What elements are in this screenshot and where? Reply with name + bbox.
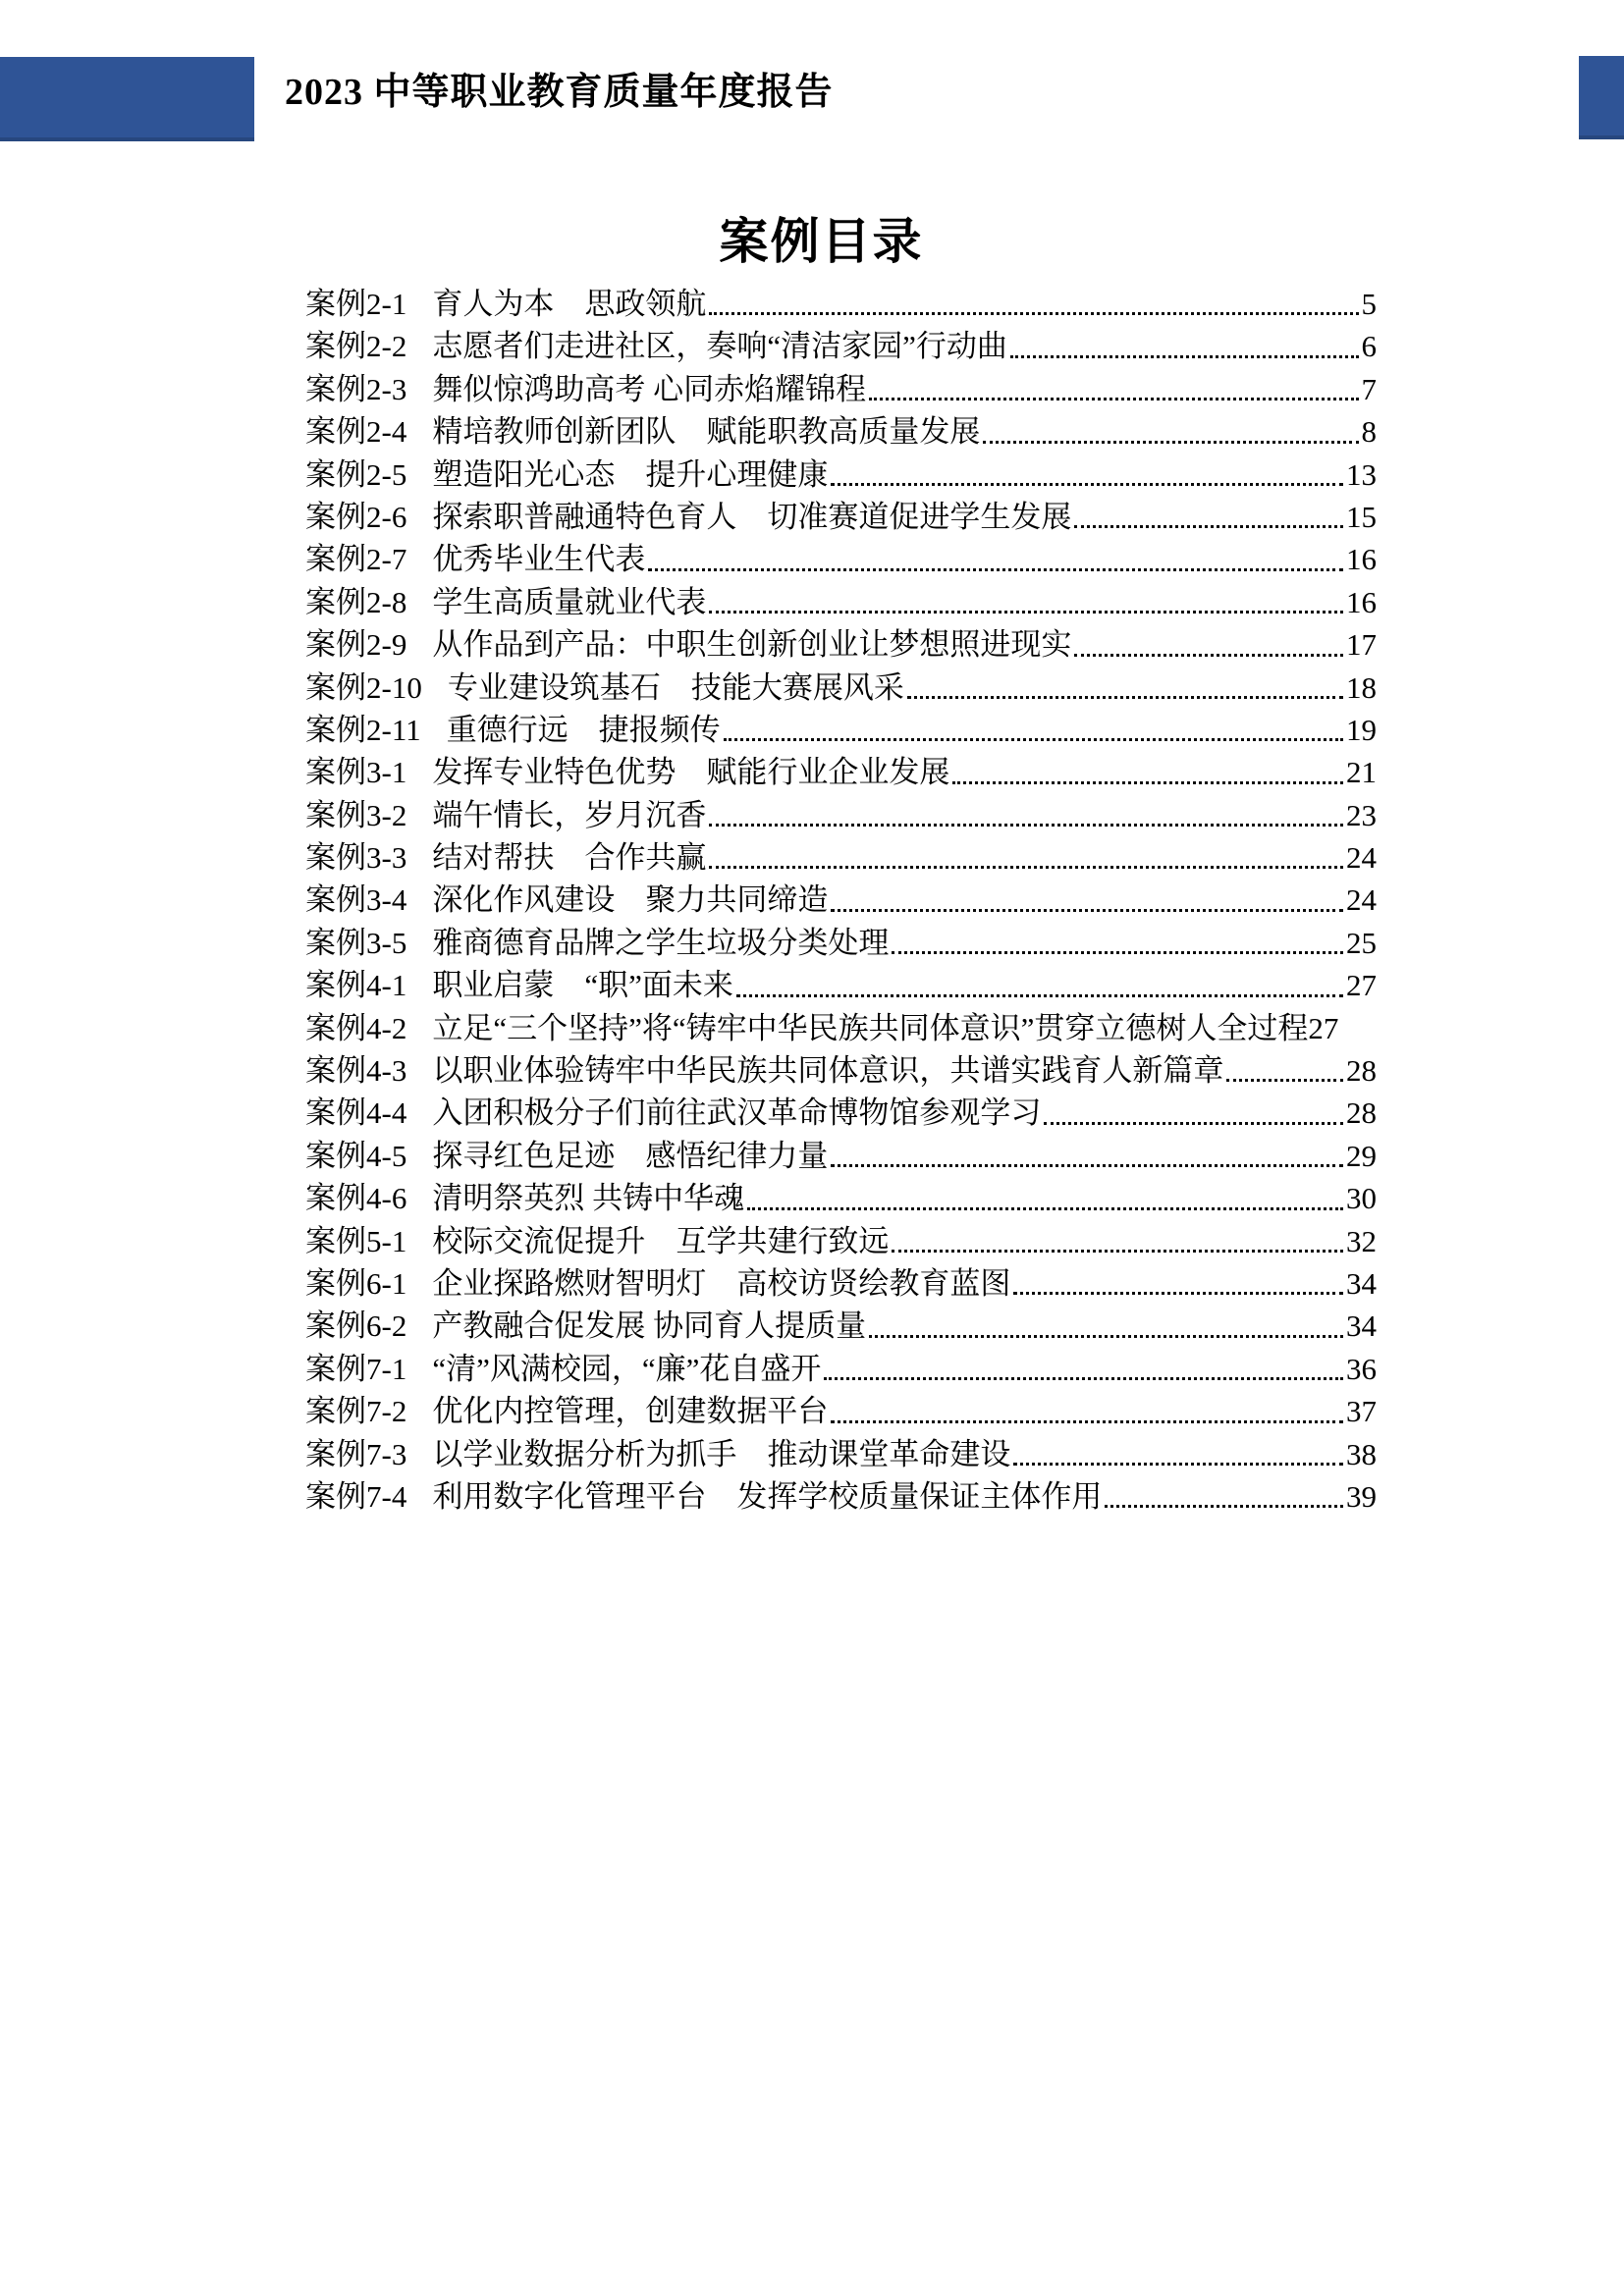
toc-leader-dots [1013,1463,1343,1466]
toc-entry-label: 案例3-4 [305,879,406,921]
toc-entry-title: 职业启蒙 “职”面未来 [432,964,733,1006]
toc-entry-title: 以学业数据分析为抓手 推动课堂革命建设 [432,1433,1010,1475]
toc-entry-label: 案例2-9 [305,623,406,666]
toc-leader-dots [1226,1079,1343,1082]
toc-entry-title: 雅商德育品牌之学生垃圾分类处理 [432,922,889,964]
toc-entry-title: 发挥专业特色优势 赋能行业企业发展 [432,751,949,793]
toc-entry-label: 案例4-3 [305,1049,406,1092]
toc-entry-label: 案例2-8 [305,581,406,623]
toc-entry-label: 案例6-2 [305,1305,406,1347]
toc-leader-dots [831,909,1343,912]
toc-entry-page: 24 [1346,879,1377,921]
toc-entry-title: 校际交流促提升 互学共建行致远 [432,1220,889,1262]
toc-entry-page: 19 [1346,709,1377,751]
toc-leader-dots [983,441,1358,444]
toc-entry-page: 18 [1346,667,1377,709]
toc-entry-title: 塑造阳光心态 提升心理健康 [432,454,828,496]
toc-leader-dots [709,611,1343,614]
toc-leader-dots [1105,1505,1343,1508]
toc-entry[interactable]: 案例2-2 志愿者们走进社区，奏响“清洁家园”行动曲 6 [305,325,1377,367]
toc-entry-title: 学生高质量就业代表 [432,581,706,623]
toc-leader-dots [869,1335,1343,1338]
toc-leader-dots [648,568,1343,571]
toc-entry-page: 21 [1346,751,1377,793]
toc-leader-dots [831,1164,1343,1167]
toc-title: 案例目录 [305,202,1337,273]
toc-list: 案例2-1 育人为本 思政领航 5 案例2-2 志愿者们走进社区，奏响“清洁家园… [305,283,1377,1518]
toc-entry-label: 案例2-3 [305,368,406,410]
toc-entry-page: 34 [1346,1305,1377,1347]
toc-entry-page: 39 [1346,1475,1377,1518]
toc-entry[interactable]: 案例2-6 探索职普融通特色育人 切准赛道促进学生发展 15 [305,496,1377,538]
toc-entry-label: 案例2-7 [305,538,406,580]
toc-leader-dots [892,951,1343,954]
toc-entry-page: 7 [1362,368,1378,410]
toc-entry-label: 案例6-1 [305,1262,406,1305]
toc-entry-title: 探索职普融通特色育人 切准赛道促进学生发展 [432,496,1071,538]
toc-leader-dots [892,1250,1343,1253]
toc-leader-dots [1074,525,1343,528]
header-accent-bar-left [0,57,254,141]
toc-entry[interactable]: 案例2-5 塑造阳光心态 提升心理健康 13 [305,454,1377,496]
toc-entry-page: 38 [1346,1433,1377,1475]
toc-entry-page: 13 [1346,454,1377,496]
toc-entry-label: 案例7-4 [305,1475,406,1518]
toc-entry-label: 案例3-1 [305,751,406,793]
report-header-title: 2023 中等职业教育质量年度报告 [285,61,834,115]
toc-entry-label: 案例3-5 [305,922,406,964]
toc-entry-title: 专业建设筑基石 技能大赛展风采 [448,667,904,709]
toc-entry-page: 15 [1346,496,1377,538]
toc-entry-page: 25 [1346,922,1377,964]
toc-entry-page: 17 [1346,623,1377,666]
toc-entry-title: 优秀毕业生代表 [432,538,645,580]
toc-entry-title: 利用数字化管理平台 发挥学校质量保证主体作用 [432,1475,1102,1518]
toc-leader-dots [709,824,1343,827]
toc-entry-title: 优化内控管理，创建数据平台 [432,1390,828,1432]
toc-entry-label: 案例2-4 [305,410,406,453]
toc-entry-label: 案例4-5 [305,1135,406,1177]
toc-entry[interactable]: 案例2-4 精培教师创新团队 赋能职教高质量发展 8 [305,410,1377,453]
toc-entry-title: 精培教师创新团队 赋能职教高质量发展 [432,410,980,453]
toc-entry-label: 案例3-3 [305,836,406,879]
toc-entry-page: 28 [1346,1092,1377,1134]
toc-entry-label: 案例2-1 [305,283,406,325]
toc-entry[interactable]: 案例3-2 端午情长，岁月沉香 23 [305,794,1377,836]
toc-entry-page: 30 [1346,1177,1377,1219]
toc-entry[interactable]: 案例3-3 结对帮扶 合作共赢 24 [305,836,1377,879]
toc-entry-page: 16 [1346,581,1377,623]
toc-entry[interactable]: 案例4-3 以职业体验铸牢中华民族共同体意识，共谱实践育人新篇章 28 [305,1049,1377,1092]
toc-leader-dots [1074,654,1343,657]
toc-leader-dots [952,781,1343,784]
toc-entry-title: 从作品到产品：中职生创新创业让梦想照进现实 [432,623,1071,666]
toc-entry-label: 案例7-2 [305,1390,406,1432]
toc-entry-title: 舞似惊鸿助高考 心同赤焰耀锦程 [432,368,866,410]
toc-entry-title: 入团积极分子们前往武汉革命博物馆参观学习 [432,1092,1041,1134]
toc-entry-label: 案例2-10 [305,667,422,709]
toc-entry-page: 27 [1308,1007,1338,1049]
toc-entry[interactable]: 案例2-9 从作品到产品：中职生创新创业让梦想照进现实 17 [305,623,1377,666]
toc-entry-title: 以职业体验铸牢中华民族共同体意识，共谱实践育人新篇章 [432,1049,1223,1092]
toc-entry[interactable]: 案例7-1 “清”风满校园，“廉”花自盛开 36 [305,1348,1377,1390]
toc-entry[interactable]: 案例2-1 育人为本 思政领航 5 [305,283,1377,325]
toc-entry-label: 案例3-2 [305,794,406,836]
toc-entry[interactable]: 案例4-1 职业启蒙 “职”面未来 27 [305,964,1377,1006]
toc-leader-dots [831,1420,1343,1423]
toc-entry-label: 案例2-11 [305,709,421,751]
toc-entry-page: 8 [1362,410,1378,453]
toc-entry[interactable]: 案例7-4 利用数字化管理平台 发挥学校质量保证主体作用 39 [305,1475,1377,1518]
toc-entry-title: 结对帮扶 合作共赢 [432,836,706,879]
toc-entry-title: “清”风满校园，“廉”花自盛开 [432,1348,821,1390]
toc-entry[interactable]: 案例2-8 学生高质量就业代表 16 [305,581,1377,623]
toc-leader-dots [1013,1292,1343,1295]
toc-entry[interactable]: 案例2-10 专业建设筑基石 技能大赛展风采 18 [305,667,1377,709]
toc-entry-title: 清明祭英烈 共铸中华魂 [432,1177,744,1219]
toc-entry[interactable]: 案例2-11 重德行远 捷报频传 19 [305,709,1377,751]
toc-entry-title: 重德行远 捷报频传 [447,709,721,751]
toc-entry[interactable]: 案例6-2 产教融合促发展 协同育人提质量 34 [305,1305,1377,1347]
toc-entry-label: 案例4-4 [305,1092,406,1134]
toc-leader-dots [824,1377,1343,1380]
toc-entry-page: 23 [1346,794,1377,836]
toc-entry[interactable]: 案例6-1 企业探路燃财智明灯 高校访贤绘教育蓝图 34 [305,1262,1377,1305]
toc-entry[interactable]: 案例5-1 校际交流促提升 互学共建行致远 32 [305,1220,1377,1262]
toc-entry-title: 端午情长，岁月沉香 [432,794,706,836]
toc-entry-page: 36 [1346,1348,1377,1390]
toc-entry[interactable]: 案例3-4 深化作风建设 聚力共同缔造 24 [305,879,1377,921]
toc-entry[interactable]: 案例2-3 舞似惊鸿助高考 心同赤焰耀锦程 7 [305,368,1377,410]
toc-entry-page: 24 [1346,836,1377,879]
document-page: 2023 中等职业教育质量年度报告 案例目录 案例2-1 育人为本 思政领航 5… [0,0,1624,2296]
toc-entry-title: 探寻红色足迹 感悟纪律力量 [432,1135,828,1177]
toc-leader-dots [709,866,1343,869]
toc-entry-label: 案例5-1 [305,1220,406,1262]
toc-entry[interactable]: 案例4-4 入团积极分子们前往武汉革命博物馆参观学习 28 [305,1092,1377,1134]
toc-entry-label: 案例2-2 [305,325,406,367]
toc-entry-page: 29 [1346,1135,1377,1177]
toc-entry[interactable]: 案例3-1 发挥专业特色优势 赋能行业企业发展 21 [305,751,1377,793]
toc-entry-title: 企业探路燃财智明灯 高校访贤绘教育蓝图 [432,1262,1010,1305]
toc-entry-page: 37 [1346,1390,1377,1432]
toc-entry-title: 产教融合促发展 协同育人提质量 [432,1305,866,1347]
toc-leader-dots [1010,355,1359,358]
toc-leader-dots [1044,1122,1343,1125]
toc-entry-title: 志愿者们走进社区，奏响“清洁家园”行动曲 [432,325,1007,367]
toc-entry-page: 16 [1346,538,1377,580]
toc-entry-label: 案例7-3 [305,1433,406,1475]
toc-entry[interactable]: 案例7-2 优化内控管理，创建数据平台 37 [305,1390,1377,1432]
toc-entry[interactable]: 案例2-7 优秀毕业生代表 16 [305,538,1377,580]
toc-entry-page: 34 [1346,1262,1377,1305]
toc-entry[interactable]: 案例7-3 以学业数据分析为抓手 推动课堂革命建设 38 [305,1433,1377,1475]
toc-entry-page: 32 [1346,1220,1377,1262]
toc-entry-label: 案例4-6 [305,1177,406,1219]
toc-leader-dots [724,738,1343,741]
toc-leader-dots [831,483,1343,486]
toc-entry-page: 6 [1362,325,1378,367]
toc-leader-dots [709,312,1358,315]
toc-entry-label: 案例4-1 [305,964,406,1006]
toc-leader-dots [907,696,1343,699]
toc-entry-label: 案例2-6 [305,496,406,538]
toc-entry-page: 28 [1346,1049,1377,1092]
toc-entry-title: 深化作风建设 聚力共同缔造 [432,879,828,921]
toc-entry[interactable]: 案例3-5 雅商德育品牌之学生垃圾分类处理 25 [305,922,1377,964]
toc-entry-title: 育人为本 思政领航 [432,283,706,325]
toc-entry-label: 案例7-1 [305,1348,406,1390]
toc-entry-label: 案例2-5 [305,454,406,496]
toc-entry-label: 案例4-2 [305,1007,406,1049]
toc-entry[interactable]: 案例4-5 探寻红色足迹 感悟纪律力量 29 [305,1135,1377,1177]
toc-entry-page: 5 [1362,283,1378,325]
toc-entry[interactable]: 案例4-2 立足“三个坚持”将“铸牢中华民族共同体意识”贯穿立德树人全过程 27 [305,1007,1377,1049]
toc-leader-dots [747,1207,1343,1210]
toc-entry-title: 立足“三个坚持”将“铸牢中华民族共同体意识”贯穿立德树人全过程 [432,1007,1308,1049]
header-accent-bar-right [1579,56,1624,139]
toc-entry[interactable]: 案例4-6 清明祭英烈 共铸中华魂 30 [305,1177,1377,1219]
toc-entry-page: 27 [1346,964,1377,1006]
toc-leader-dots [869,398,1358,400]
toc-leader-dots [736,994,1343,997]
